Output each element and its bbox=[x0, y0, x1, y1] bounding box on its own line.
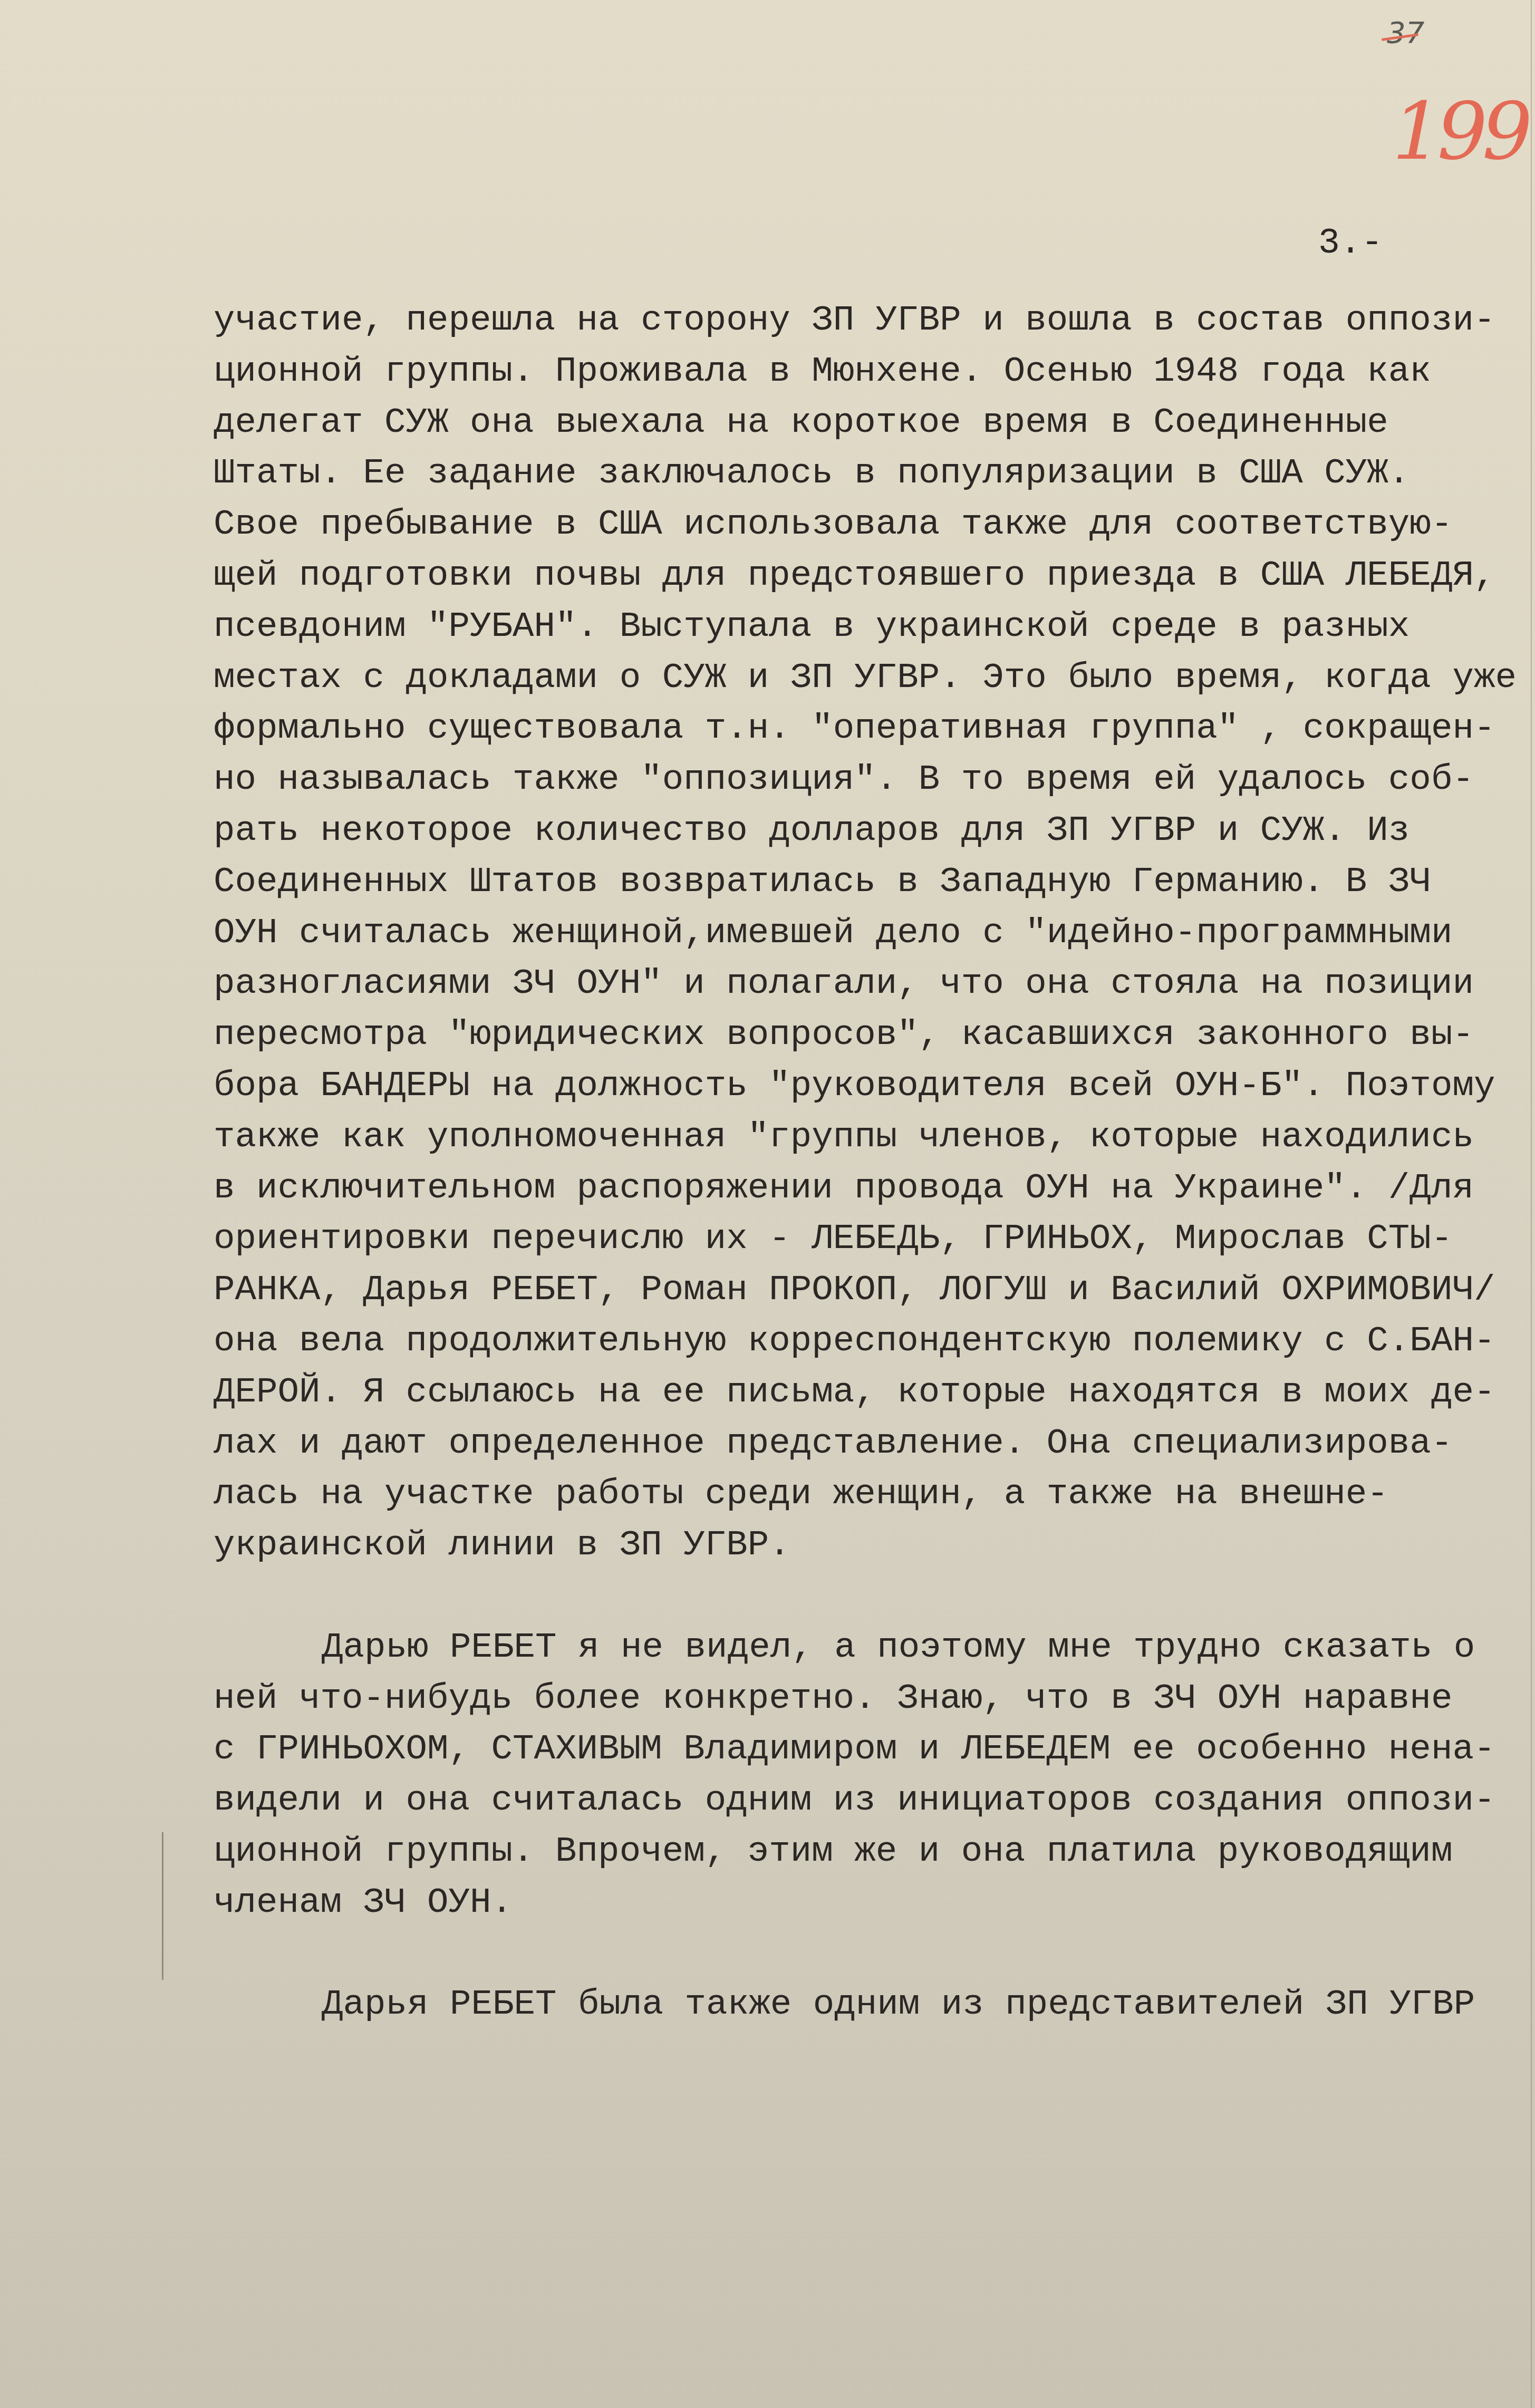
text-line: пересмотра "юридических вопросов", касав… bbox=[214, 1010, 1532, 1061]
text-line: щей подготовки почвы для предстоявшего п… bbox=[214, 550, 1532, 602]
paragraph-gap bbox=[214, 1929, 1532, 1980]
text-line: рать некоторое количество долларов для З… bbox=[214, 806, 1532, 857]
text-line: в исключительном распоряжении провода ОУ… bbox=[214, 1163, 1532, 1214]
page-number: 3.- bbox=[1318, 226, 1383, 262]
text-line: участие, перешла на сторону ЗП УГВР и во… bbox=[214, 295, 1532, 346]
text-line: ориентировки перечислю их - ЛЕБЕДЬ, ГРИН… bbox=[214, 1214, 1532, 1265]
text-line: разногласиями ЗЧ ОУН" и полагали, что он… bbox=[214, 959, 1532, 1010]
text-line: лась на участке работы среди женщин, а т… bbox=[214, 1469, 1532, 1520]
text-line: местах с докладами о СУЖ и ЗП УГВР. Это … bbox=[214, 653, 1532, 704]
folio-pencil-text: 37 bbox=[1387, 16, 1424, 50]
text-line: делегат СУЖ она выехала на короткое врем… bbox=[214, 398, 1532, 449]
text-line: псевдоним "РУБАН". Выступала в украинско… bbox=[214, 602, 1532, 653]
paragraph: Дарью РЕБЕТ я не видел, а поэтому мне тр… bbox=[214, 1622, 1532, 1929]
text-line: Свое пребывание в США использовала также… bbox=[214, 499, 1532, 550]
text-line: ционной группы. Впрочем, этим же и она п… bbox=[214, 1826, 1532, 1878]
text-line: лах и дают определенное представление. О… bbox=[214, 1418, 1532, 1469]
paragraph-gap bbox=[214, 1571, 1532, 1622]
text-line: она вела продолжительную корреспондентск… bbox=[214, 1316, 1532, 1367]
margin-pencil-line bbox=[162, 1832, 163, 1980]
text-line: формально существовала т.н. "оперативная… bbox=[214, 703, 1532, 755]
paragraph: Дарья РЕБЕТ была также одним из представ… bbox=[214, 1979, 1532, 2030]
text-line: также как уполномоченная "группы членов,… bbox=[214, 1112, 1532, 1163]
folio-number-pencil: 37 bbox=[1387, 16, 1424, 50]
text-line: ОУН считалась женщиной,имевшей дело с "и… bbox=[214, 908, 1532, 959]
text-line: ционной группы. Проживала в Мюнхене. Осе… bbox=[214, 346, 1532, 398]
text-line: РАНКА, Дарья РЕБЕТ, Роман ПРОКОП, ЛОГУШ … bbox=[214, 1265, 1532, 1316]
text-line: Дарью РЕБЕТ я не видел, а поэтому мне тр… bbox=[214, 1622, 1532, 1674]
text-line: ней что-нибудь более конкретно. Знаю, чт… bbox=[214, 1674, 1532, 1725]
text-line: с ГРИНЬОХОМ, СТАХИВЫМ Владимиром и ЛЕБЕД… bbox=[214, 1724, 1532, 1775]
text-line: ДЕРОЙ. Я ссылаюсь на ее письма, которые … bbox=[214, 1367, 1532, 1418]
paragraph: участие, перешла на сторону ЗП УГВР и во… bbox=[214, 295, 1532, 1571]
document-body: участие, перешла на сторону ЗП УГВР и во… bbox=[214, 295, 1532, 2030]
text-line: Штаты. Ее задание заключалось в популяри… bbox=[214, 448, 1532, 499]
folio-number-red: 199 bbox=[1392, 92, 1527, 171]
text-line: Дарья РЕБЕТ была также одним из представ… bbox=[214, 1979, 1532, 2030]
text-line: бора БАНДЕРЫ на должность "руководителя … bbox=[214, 1061, 1532, 1112]
text-line: украинской линии в ЗП УГВР. bbox=[214, 1520, 1532, 1571]
text-line: членам ЗЧ ОУН. bbox=[214, 1878, 1532, 1929]
text-line: видели и она считалась одним из инициато… bbox=[214, 1775, 1532, 1826]
text-line: но называлась также "оппозиция". В то вр… bbox=[214, 755, 1532, 806]
text-line: Соединенных Штатов возвратилась в Западн… bbox=[214, 857, 1532, 908]
